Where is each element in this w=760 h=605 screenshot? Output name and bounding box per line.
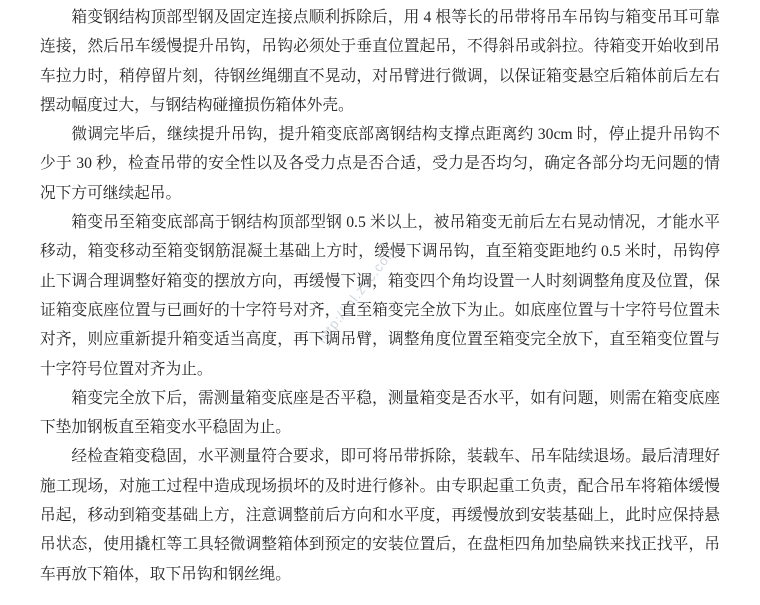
paragraph-1: 箱变钢结构顶部型钢及固定连接点顺利拆除后，用 4 根等长的吊带将吊车吊钩与箱变吊… xyxy=(40,3,720,120)
paragraph-5: 经检查箱变稳固，水平测量符合要求，即可将吊带拆除，装载车、吊车陆续退场。最后清理… xyxy=(40,442,720,588)
paragraph-4: 箱变完全放下后，需测量箱变底座是否平稳，测量箱变是否水平，如有问题，则需在箱变底… xyxy=(40,384,720,443)
paragraph-3: 箱变吊至箱变底部高于钢结构顶部型钢 0.5 米以上，被吊箱变无前后左右晃动情况，… xyxy=(40,208,720,384)
paragraph-2: 微调完毕后，继续提升吊钩，提升箱变底部离钢结构支撑点距离约 30cm 时，停止提… xyxy=(40,120,720,208)
document-content: 箱变钢结构顶部型钢及固定连接点顺利拆除后，用 4 根等长的吊带将吊车吊钩与箱变吊… xyxy=(40,3,720,589)
document-page: http://ml.z6c.com 箱变钢结构顶部型钢及固定连接点顺利拆除后，用… xyxy=(0,0,760,605)
